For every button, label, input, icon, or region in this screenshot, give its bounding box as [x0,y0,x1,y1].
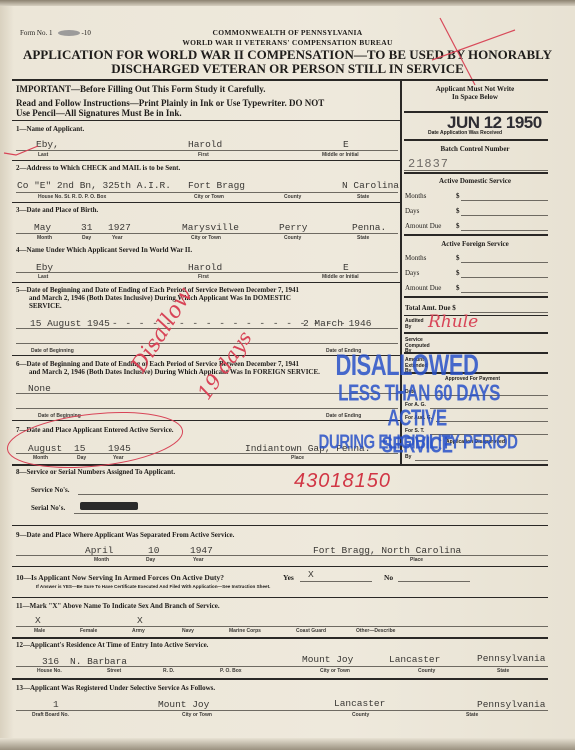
birth-county[interactable]: Perry [279,222,308,233]
street-label: House No. St. R. D. P. O. Box [38,194,106,200]
month-label: Month [94,557,109,563]
end-label: Date of Ending [326,413,361,419]
month-label: Month [37,235,52,241]
section-12-label: 12—Applicant's Residence At Time of Entr… [16,641,208,649]
birth-year[interactable]: 1927 [108,222,131,233]
divider [12,566,548,567]
rd-label: R. D. [163,668,174,674]
foreign-service-heading: Active Foreign Service [402,240,548,248]
begin-label: Date of Beginning [31,348,74,354]
disapproved-by-field[interactable] [415,460,548,461]
option-male[interactable]: Male [34,628,45,634]
year-label: Year [193,557,204,563]
foreign-months-label: Months [405,254,426,262]
army-mark[interactable]: X [137,615,143,626]
domestic-months-field[interactable] [461,200,548,201]
county-label: County [284,235,301,241]
divider [12,637,548,639]
divider [12,678,548,680]
section-3-label: 3—Date and Place of Birth. [16,206,98,214]
section-1-label: 1—Name of Applicant. [16,125,84,133]
no-label: No [384,573,393,582]
state-label: State [466,712,478,718]
divider [12,282,400,283]
state-label: State [357,194,369,200]
city-label: City or Town [182,712,212,718]
place-label: Place [291,455,304,461]
day-label: Day [146,557,155,563]
dollar-sign: $ [456,207,460,215]
section-11-label: 11—Mark "X" Above Name To Indicate Sex A… [16,602,220,610]
no-field[interactable] [398,581,470,582]
middle-label: Middle or Initial [322,274,359,280]
section-10-label: 10—Is Applicant Now Serving In Armed For… [16,573,224,582]
option-other[interactable]: Other—Describe [356,628,395,634]
state-label: State [357,235,369,241]
section-2-label: 2—Address to Which CHECK and MAIL is to … [16,164,180,172]
dollar-sign: $ [456,222,460,230]
option-female[interactable]: Female [80,628,97,634]
po-box-label: P. O. Box [220,668,242,674]
red-x-mark [430,10,520,90]
divider [12,79,548,81]
section-5-label: 5—Date of Beginning and Date of Ending o… [16,286,299,310]
section-4-label: 4—Name Under Which Applicant Served In W… [16,246,192,254]
draft-board-no[interactable]: 1 [53,699,59,710]
domestic-service-heading: Active Domestic Service [402,177,548,185]
red-circle-mark [0,404,190,474]
birth-city[interactable]: Marysville [182,222,239,233]
county-label: County [418,668,435,674]
divider [12,525,548,526]
applicant-first-name[interactable]: Harold [188,139,222,150]
divider [12,597,548,598]
section-8-label: 8—Service or Serial Numbers Assigned To … [16,468,175,476]
total-amount-label: Total Amt. Due $ [405,304,456,312]
mail-city[interactable]: Fort Bragg [188,180,245,191]
first-label: First [198,274,209,280]
residence-city[interactable]: Mount Joy [302,654,353,665]
draft-state[interactable]: Pennsylvania [477,699,545,710]
first-label: First [198,152,209,158]
section-10-note: If Answer is YES—Be Sure To Have Certifi… [36,584,270,589]
place-label: Place [410,557,423,563]
dollar-sign: $ [456,269,460,277]
section-13-label: 13—Applicant Was Registered Under Select… [16,684,215,692]
street-label: Street [107,668,121,674]
foreign-days-field[interactable] [461,277,548,278]
domestic-amount-field[interactable] [461,230,548,231]
foreign-amount-field[interactable] [461,292,548,293]
mail-street[interactable]: Co "E" 2nd Bn, 325th A.I.R. [17,180,171,191]
draft-county[interactable]: Lancaster [334,698,385,709]
total-amount-field[interactable] [470,312,548,313]
state-label: State [497,668,509,674]
dollar-sign: $ [456,254,460,262]
option-marine-corps[interactable]: Marine Corps [229,628,261,634]
day-label: Day [82,235,91,241]
mail-state[interactable]: N Carolina [342,180,399,191]
domestic-months-label: Months [405,192,426,200]
birth-day[interactable]: 31 [81,222,92,233]
divider [12,160,400,161]
residence-county[interactable]: Lancaster [389,654,440,665]
city-label: City or Town [320,668,350,674]
last-label: Last [38,274,48,280]
foreign-days-label: Days [405,269,419,277]
option-coast-guard[interactable]: Coast Guard [296,628,326,634]
yes-label: Yes [283,573,294,582]
date-received-label: Date Application Was Received [428,131,502,137]
applicant-middle-initial[interactable]: E [343,139,349,150]
domestic-days-field[interactable] [461,215,548,216]
domestic-amount-label: Amount Due [405,222,441,230]
domestic-days-label: Days [405,207,419,215]
city-label: City or Town [194,194,224,200]
divider [12,202,400,203]
disallowed-stamp-line-1: DISALLOWED [312,348,502,383]
year-label: Year [112,235,123,241]
serial-no-label: Serial No's. [31,504,65,512]
option-army[interactable]: Army [132,628,145,634]
house-label: House No. [37,668,62,674]
option-navy[interactable]: Navy [182,628,194,634]
city-label: City or Town [191,235,221,241]
draft-board-label: Draft Board No. [32,712,69,718]
dollar-sign: $ [456,284,460,292]
service-no-label: Service No's. [31,486,70,494]
disallowed-stamp-line-4: DURING ELIGIBILITY PERIOD [318,431,518,454]
dollar-sign: $ [456,192,460,200]
batch-control-number: 21837 [408,157,449,171]
page-edge [0,738,575,750]
important-note: IMPORTANT—Before Filling Out This Form S… [16,84,266,95]
redacted-serial-number [80,502,138,510]
office-use-heading: Applicant Must Not Write In Space Below [402,85,548,101]
draft-city[interactable]: Mount Joy [158,699,209,710]
birth-month[interactable]: May [34,222,51,233]
foreign-months-field[interactable] [461,262,548,263]
section-9-label: 9—Date and Place Where Applicant Was Sep… [16,531,234,539]
county-label: County [284,194,301,200]
yes-mark[interactable]: X [308,569,314,580]
instructions-line-2: Use Pencil—All Signatures Must Be in Ink… [16,108,182,119]
audited-by-label: Audited By [405,319,425,330]
instructions-line-1: Read and Follow Instructions—Print Plain… [16,98,324,109]
county-label: County [352,712,369,718]
section-6-label: 6—Date of Beginning and Date of Ending o… [16,360,320,376]
residence-state[interactable]: Pennsylvania [477,653,545,664]
batch-control-label: Batch Control Number [402,145,548,153]
red-check-mark [2,143,42,157]
middle-label: Middle or Initial [322,152,359,158]
disallowed-stamp-line-2: LESS THAN 60 DAYS [334,380,504,407]
birth-state[interactable]: Penna. [352,222,386,233]
male-mark[interactable]: X [35,615,41,626]
foreign-amount-label: Amount Due [405,284,441,292]
auditor-signature: Rhule [428,312,478,332]
service-number[interactable]: 43018150 [294,470,391,493]
page-edge [0,0,575,6]
divider [12,120,400,121]
